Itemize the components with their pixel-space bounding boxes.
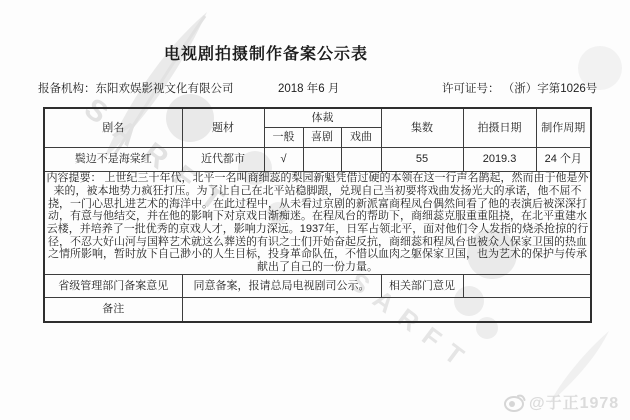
cell-genre-comedy (303, 148, 341, 172)
filing-agency-value: 东阳欢娱影视文化有限公司 (96, 83, 234, 95)
remarks-label: 备注 (44, 298, 182, 323)
synopsis-cell: 内容提要： 上世纪三十年代，北平一名叫商细蕊的梨园新魁凭借过硬的本领在这一行声名… (44, 172, 591, 275)
col-header-shoot-date: 拍摄日期 (463, 108, 536, 148)
col-header-genre-opera: 戏曲 (341, 128, 381, 148)
document-content: 电视剧拍摄制作备案公示表 报备机构：东阳欢娱影视文化有限公司 2018 年6 月… (0, 0, 630, 420)
col-header-genre-general: 一般 (264, 128, 303, 148)
provincial-opinion-value: 同意备案，报请总局电视剧司公示。 (182, 275, 381, 298)
cell-genre-general-checkmark: √ (264, 148, 303, 172)
col-header-drama-name: 剧名 (44, 108, 182, 148)
page-title: 电视剧拍摄制作备案公示表 (0, 41, 532, 64)
cell-episodes: 55 (381, 148, 463, 172)
synopsis-label: 内容提要： (46, 172, 101, 184)
cell-subject: 近代都市 (182, 148, 264, 172)
license-label: 许可证号： (442, 83, 500, 95)
synopsis-text: 上世纪三十年代，北平一名叫商细蕊的梨园新魁凭借过硬的本领在这一行声名鹊起，然而由… (47, 172, 589, 272)
col-header-genre-comedy: 喜剧 (303, 128, 341, 148)
provincial-opinion-label: 省级管理部门备案意见 (44, 275, 182, 298)
filing-agency: 报备机构：东阳欢娱影视文化有限公司 (38, 80, 234, 96)
col-header-subject: 题材 (182, 108, 264, 148)
col-header-episodes: 集数 (381, 108, 463, 148)
col-header-production-cycle: 制作周期 (536, 108, 591, 148)
filing-table: 剧名 题材 体裁 集数 拍摄日期 制作周期 一般 喜剧 戏曲 鬓边不是海棠红 (43, 107, 592, 323)
related-opinion-label: 相关部门意见 (381, 275, 463, 298)
filing-info-line: 报备机构：东阳欢娱影视文化有限公司 2018 年6 月 许可证号： （浙）字第1… (0, 80, 630, 95)
license-number: 许可证号： （浙）字第1026号 (442, 80, 597, 96)
remarks-value (182, 298, 591, 323)
cell-drama-name: 鬓边不是海棠红 (44, 148, 182, 172)
filing-date: 2018 年6 月 (278, 80, 339, 96)
filing-form-document: SARFT SARFT @于正1978 电视剧拍摄制作备案公示表 报备机构：东阳… (0, 0, 630, 420)
cell-genre-opera (341, 148, 381, 172)
license-value: （浙）字第1026号 (503, 83, 598, 95)
table-row: 鬓边不是海棠红 近代都市 √ 55 2019.3 24 个月 (44, 148, 591, 172)
cell-shoot-date: 2019.3 (463, 148, 536, 172)
cell-production-cycle: 24 个月 (536, 148, 591, 172)
filing-agency-label: 报备机构： (38, 83, 96, 95)
col-header-genre: 体裁 (264, 108, 381, 128)
related-opinion-value (463, 275, 591, 298)
